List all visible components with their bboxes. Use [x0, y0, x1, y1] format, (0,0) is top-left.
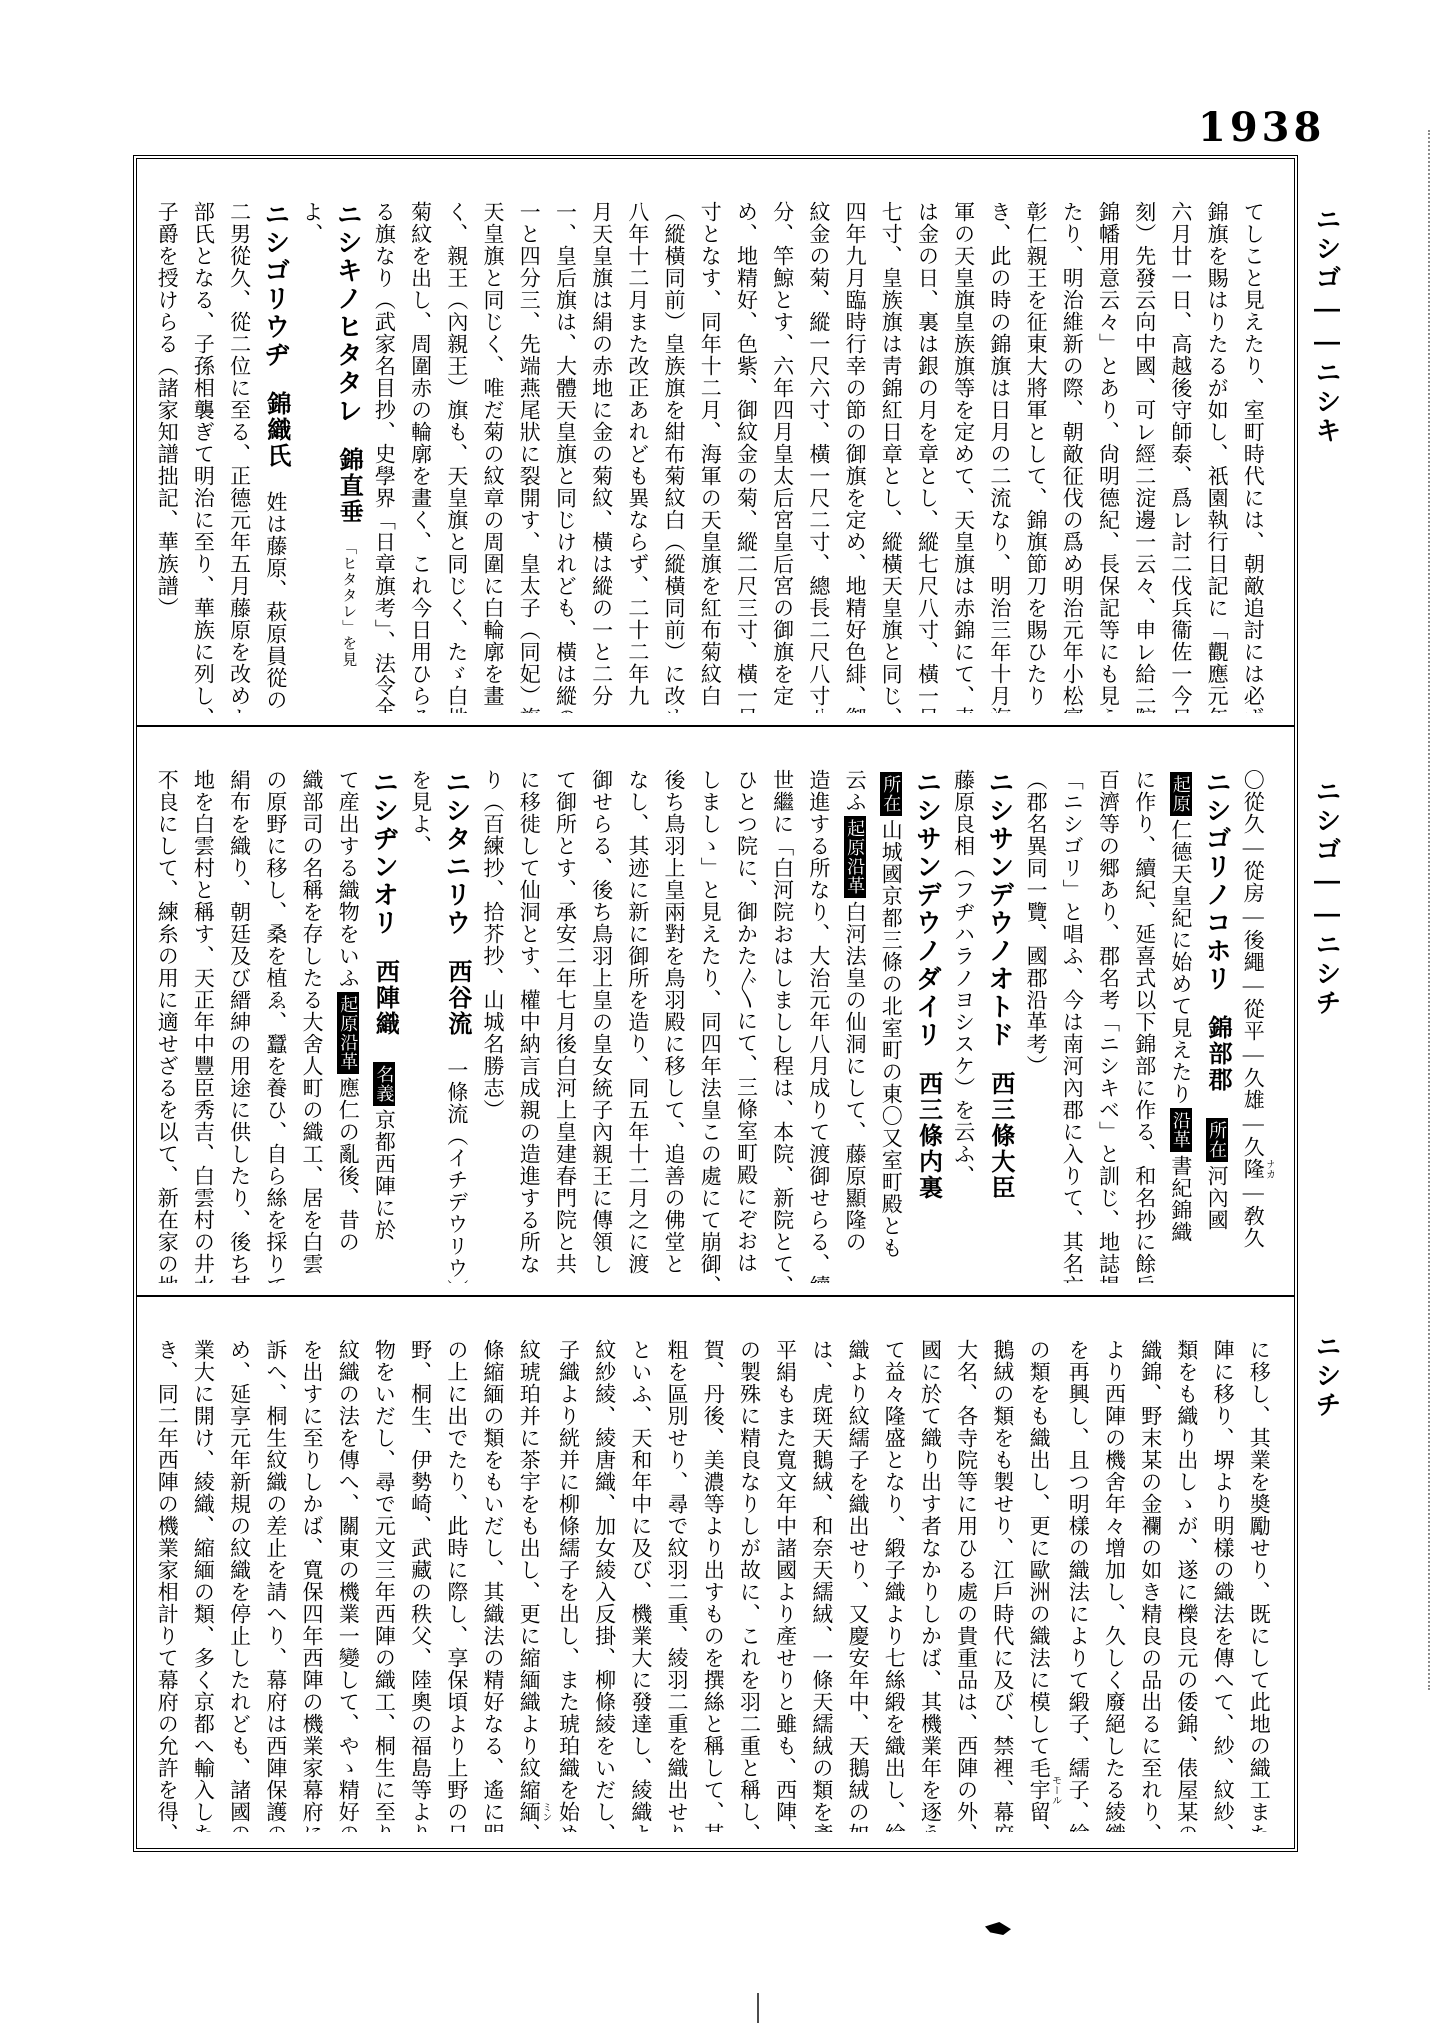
body-text: く、親王（內親王）旗も、天皇旗と同じく、たゞ白地に [445, 201, 469, 713]
body-text: 錦幡用意云々」とあり、尙明德紀、長保記等にも見え [1096, 201, 1120, 713]
text-column: を見よ、 [402, 769, 438, 1283]
body-text: の製殊に精良なりしが故に、これを羽二重と稱し、加 [737, 1339, 761, 1832]
text-column: 訴へ、桐生紋織の差止を請へり、幕府は西陣保護の爲 [258, 1339, 294, 1832]
text-column: てしこと見えたり、室町時代には、朝敵追討には必ず [1235, 201, 1271, 713]
text-column: 織部司の名稱を存したる大舍人町の織工、居を白雲 [294, 769, 330, 1283]
text-column: 陣に移り、堺より明樣の織法を傳へて、紗、紋紗、縮緬 [1205, 1339, 1241, 1832]
text-column: は、虎斑天鵝絨、和奈天繻絨、一條天繻絨の類を產し、 [804, 1339, 840, 1832]
text-column: 紋金の菊、縱一尺六寸、橫一尺二寸、總長二尺八寸八 [801, 201, 837, 713]
text-column: 不良にして、練糸の用に適せざるを以て、新在家の地 [149, 769, 185, 1283]
text-column: を再興し、且つ明樣の織法によりて緞子、繻子、綸子 [1060, 1339, 1096, 1832]
body-text: 平絹もまた寬文年中諸國より產せりと雖も、西陣、堺 [774, 1339, 798, 1832]
body-text: 織錦、野末某の金襴の如き精良の品出るに至れり、之 [1139, 1339, 1163, 1832]
text-column: 「ニシゴリ」と唱ふ、今は南河內郡に入りて、其名亡ぶ [1054, 769, 1090, 1283]
body-text: 一條流（イチデウリウ） [445, 1037, 469, 1283]
ruby-annotated-text: 緬ミン [517, 1801, 541, 1823]
text-column: 紋紗綾、綾唐織、加女綾入反掛、柳條綾をいだし、繻 [586, 1339, 622, 1832]
body-text: て益々隆盛となり、緞子織より七絲緞を織出し、綸子 [882, 1339, 906, 1832]
body-text: は、虎斑天鵝絨、和奈天繻絨、一條天繻絨の類を產し、 [810, 1339, 834, 1832]
body-text [445, 937, 469, 959]
text-column: め、地精好、色紫、御紋金の菊、縱二尺三寸、橫一尺五 [728, 201, 764, 713]
entry-kanji: 西谷流 [444, 959, 470, 1037]
text-column: 錦旗を賜はりたるが如し、祇園執行日記に「觀應元年 [1199, 201, 1235, 713]
body-text: 御せらる、後ち鳥羽上皇の皇女統子內親王に傳領し [590, 769, 614, 1275]
body-text: 紋琥珀并に茶宇をも出し、更に縮緬織より紋縮 [517, 1339, 541, 1801]
body-text: 河內國 [1205, 1165, 1229, 1231]
body-text: の類をも織出し、更に歐洲の織法に模して [1027, 1339, 1051, 1757]
body-text: 山城國京都三條の北室町の東〇又室町殿とも [879, 819, 903, 1259]
text-column: ニシキノヒタタレ 錦直垂 「ヒタタレ」を見 [330, 201, 366, 713]
body-text [988, 1049, 1012, 1071]
column-block: 〇從久―從房―後繩―從平―久雄―久隆ナガ―敎久ニシゴリノコホリ 錦部郡 所在河內… [149, 769, 1274, 1283]
body-text: 仁德天皇紀に始めて見えたり [1169, 819, 1193, 1105]
body-text: 子爵を授けらる（諸家知譜拙記、華族譜） [155, 201, 179, 619]
text-column: 子織より絖并に柳條繻子を出し、また琥珀織を始め、 [550, 1339, 586, 1832]
body-text: 二男從久、從二位に至る、正德元年五月藤原を改めト [228, 201, 252, 713]
text-column: ニシサンデウノダイリ 西三條内裏 [909, 769, 945, 1283]
text-column: め、延享元年新規の紋織を停止したれども、諸國の機 [221, 1339, 257, 1832]
body-text: 不良にして、練糸の用に適せざるを以て、新在家の地 [155, 769, 179, 1283]
body-text: 「ニシゴリ」と唱ふ、今は南河內郡に入りて、其名亡ぶ [1060, 769, 1084, 1283]
text-column: 御せらる、後ち鳥羽上皇の皇女統子內親王に傳領し [583, 769, 619, 1283]
text-column: 刻）先發云向中國、可レ經二淀邊一云々、申レ給二院宣一之上、 [1126, 201, 1162, 713]
ink-smudge [985, 1922, 1011, 1935]
text-column: 月天皇旗は絹の赤地に金の菊紋、橫は縱の一と二分 [583, 201, 619, 713]
text-column: て産出する織物をいふ起原沿革應仁の亂後、昔の [330, 769, 366, 1283]
body-text [915, 1049, 939, 1071]
body-text: め、延享元年新規の紋織を停止したれども、諸國の機 [228, 1339, 252, 1832]
text-column: 絹布を織り、朝廷及び縉紳の用途に供したり、後ち其 [221, 769, 257, 1283]
body-text: め、地精好、色紫、御紋金の菊、縱二尺三寸、橫一尺五 [734, 201, 758, 713]
text-column: しましゝ」と見えたり、同四年法皇この處にて崩御、 [692, 769, 728, 1283]
text-column: の原野に移し、桑を植ゑ、蠶を養ひ、自ら絲を採りて [258, 769, 294, 1283]
ruby-annotated-text: 毛宇留モール [1027, 1757, 1051, 1823]
content-frame: てしこと見えたり、室町時代には、朝敵追討には必ず錦旗を賜はりたるが如し、祇園執行… [133, 155, 1298, 1852]
body-text: 類をも織り出しゝが、遂に櫟良元の倭錦、俵屋某の唐 [1175, 1339, 1199, 1832]
body-text: 大名、各寺院等に用ひる處の貴重品は、西陣の外、他 [955, 1339, 979, 1832]
text-column: 七寸、皇族旗は靑錦紅日章とし、縱橫天皇旗と同じ、 [873, 201, 909, 713]
body-text: 應仁の亂後、昔の [336, 1077, 360, 1253]
body-text: 紋紗綾、綾唐織、加女綾入反掛、柳條綾をいだし、繻 [593, 1339, 617, 1832]
body-text: 一、皇后旗は、大體天皇旗と同じけれども、橫は縱の [553, 201, 577, 713]
body-text: 粗を區別せり、尋で紋羽二重、綾羽二重を織出せり [665, 1339, 689, 1832]
body-text: に作り、續紀、延喜式以下錦部に作る、和名抄に餘戶、 [1133, 769, 1157, 1283]
text-column: き、此の時の錦旗は日月の二流なり、明治三年十月海 [982, 201, 1018, 713]
text-column: 起原仁德天皇紀に始めて見えたり沿革書紀錦織 [1163, 769, 1199, 1283]
body-text: 月天皇旗は絹の赤地に金の菊紋、橫は縱の一と二分 [590, 201, 614, 707]
text-column: 造進する所なり、大治元年八月成りて渡御せらる、續 [801, 769, 837, 1283]
text-column: の上に出でたり、此時に際し、享保頃より上野の日 [439, 1339, 475, 1832]
text-column: 鵝絨の類をも製せり、江戶時代に及び、禁裡、幕府、諸 [985, 1339, 1021, 1832]
body-text: 陣に移り、堺より明樣の織法を傳へて、紗、紋紗、縮緬 [1211, 1339, 1235, 1832]
text-column: 錦幡用意云々」とあり、尙明德紀、長保記等にも見え [1090, 201, 1126, 713]
dictionary-section-top: てしこと見えたり、室町時代には、朝敵追討には必ず錦旗を賜はりたるが如し、祇園執行… [137, 159, 1294, 727]
text-column: （縱橫同前）皇族旗を紺布菊紋白（縱橫同前）に改め、 [656, 201, 692, 713]
body-text: 四年九月臨時行幸の節の御旗を定め、地精好色緋、御 [843, 201, 867, 713]
text-column: 寸となす、同年十二月、海軍の天皇旗を紅布菊紋白 [692, 201, 728, 713]
text-column: よ、 [294, 201, 330, 713]
body-text: 云ふ [843, 769, 867, 813]
body-text: 七寸、皇族旗は靑錦紅日章とし、縱橫天皇旗と同じ、 [879, 201, 903, 713]
body-text: 織部司の名稱を存したる大舍人町の織工、居を白雲 [300, 769, 324, 1275]
text-column: 物をいだし、尋で元文三年西陣の織工、桐生に至りて [366, 1339, 402, 1832]
text-column: 四年九月臨時行幸の節の御旗を定め、地精好色緋、御 [837, 201, 873, 713]
body-text: てしこと見えたり、室町時代には、朝敵追討には必ず [1241, 201, 1265, 713]
body-text: 造進する所なり、大治元年八月成りて渡御せらる、續 [807, 769, 831, 1283]
entry-headword: ニシサンデウノオトド [985, 769, 1015, 1049]
body-text: 地を白雲村と稱す、天正年中豐臣秀吉、白雲村の井水 [191, 769, 215, 1283]
text-column: を出すに至りしかば、寬保四年西陣の機業家幕府に [294, 1339, 330, 1832]
body-text: き、同二年西陣の機業家相計りて幕府の允許を得、松 [155, 1339, 179, 1832]
entry-headword: ニシヂンオリ [369, 769, 399, 937]
page-number: 1938 [1198, 104, 1325, 151]
body-text: 藤原良相（フヂハラノヨシスケ）を云ふ、 [952, 769, 976, 1187]
body-text: て御所とす、承安二年七月後白河上皇建春門院と共 [553, 769, 577, 1275]
text-column: ひとつ院に、御かた〲にて、三條室町殿にぞおは [728, 769, 764, 1283]
body-text: き、此の時の錦旗は日月の二流なり、明治三年十月海 [988, 201, 1012, 713]
scan-artifact-line [1428, 130, 1430, 1690]
text-column: に移徙して仙洞とす、權中納言成親の造進する所な [511, 769, 547, 1283]
body-text: なし、其迹に新に御所を造り、同五年十二月之に渡 [626, 769, 650, 1275]
body-text: 菊紋を出し、周圍赤の輪廓を畫く、これ今日用ひらる [409, 201, 433, 713]
body-text [336, 525, 360, 547]
ink-tick-mark [757, 1993, 759, 2023]
body-text: 寸となす、同年十二月、海軍の天皇旗を紅布菊紋白 [698, 201, 722, 707]
text-column: に作り、續紀、延喜式以下錦部に作る、和名抄に餘戶、 [1126, 769, 1162, 1283]
body-text: 野、桐生、伊勢崎、武藏の秩父、陸奧の福島等より絹織 [409, 1339, 433, 1832]
text-column: 地を白雲村と稱す、天正年中豐臣秀吉、白雲村の井水 [185, 769, 221, 1283]
text-column: 織錦、野末某の金襴の如き精良の品出るに至れり、之 [1132, 1339, 1168, 1832]
entry-kanji: 西三條内裏 [914, 1071, 940, 1201]
body-text: 天皇旗と同じく、唯だ菊の紋章の周圍に白輪廓を畫 [481, 201, 505, 707]
text-column: 條縮緬の類をもいだし、其織法の精好なる、遙に明樣 [475, 1339, 511, 1832]
text-column: 八年十二月また改正あれども異ならず、二十二年九 [620, 201, 656, 713]
text-column: 分、竿鯨とす、六年四月皇太后宮皇后宮の御旗を定 [764, 201, 800, 713]
body-text: ―敎久 [1241, 1180, 1265, 1249]
text-column: 天皇旗と同じく、唯だ菊の紋章の周圍に白輪廓を畫 [475, 201, 511, 713]
body-text: は金の日、裏は銀の月を章とし、縱七尺八寸、橫一尺 [915, 201, 939, 713]
text-column: 彰仁親王を征東大將軍として、錦旗節刀を賜ひたり [1018, 201, 1054, 713]
body-text: 訴へ、桐生紋織の差止を請へり、幕府は西陣保護の爲 [264, 1339, 288, 1832]
body-text: 京都西陣に於 [372, 1109, 396, 1241]
text-column: 軍の天皇旗皇族旗等を定めて、天皇旗は赤錦にて、表 [945, 201, 981, 713]
text-column: 織より紋繻子を織出せり、又慶安年中、天鵝絨の如き [840, 1339, 876, 1832]
text-column: ニシヂンオリ 西陣織 名義京都西陣に於 [366, 769, 402, 1283]
text-column: の類をも織出し、更に歐洲の織法に模して毛宇留モール、天 [1021, 1339, 1060, 1832]
text-column: 類をも織り出しゝが、遂に櫟良元の倭錦、俵屋某の唐 [1169, 1339, 1205, 1832]
text-column: ニシゴリウヂ 錦織氏 姓は藤原、萩原員從の [258, 201, 294, 713]
dictionary-section-middle: 〇從久―從房―後繩―從平―久雄―久隆ナガ―敎久ニシゴリノコホリ 錦部郡 所在河內… [137, 727, 1294, 1297]
body-text: 彰仁親王を征東大將軍として、錦旗節刀を賜ひたり [1024, 201, 1048, 707]
field-label: 所在 [1206, 1118, 1228, 1162]
running-head-middle: ニシゴ――ニシチ [1306, 778, 1346, 1018]
text-column: （郡名異同一覽、國郡沿革考） [1018, 769, 1054, 1283]
text-column: といふ、天和年中に及び、機業大に發達し、綾織より [623, 1339, 659, 1832]
body-text: 紋金の菊、縱一尺六寸、橫一尺二寸、總長二尺八寸八 [807, 201, 831, 713]
text-column: ニシサンデウノオトド 西三條大臣 [982, 769, 1018, 1283]
column-block: てしこと見えたり、室町時代には、朝敵追討には必ず錦旗を賜はりたるが如し、祇園執行… [149, 201, 1271, 713]
text-column: ニシゴリノコホリ 錦部郡 所在河內國 [1199, 769, 1235, 1283]
body-text: て産出する織物をいふ [336, 769, 360, 989]
field-label: 起原沿革 [844, 816, 866, 898]
entry-headword: ニシゴリノコホリ [1202, 769, 1232, 993]
body-text: よ、 [300, 201, 324, 245]
text-column: 後ち鳥羽上皇兩對を鳥羽殿に移して、追善の佛堂と [656, 769, 692, 1283]
body-text: 八年十二月また改正あれども異ならず、二十二年九 [626, 201, 650, 707]
text-column: 平絹もまた寬文年中諸國より產せりと雖も、西陣、堺 [767, 1339, 803, 1832]
body-text: 軍の天皇旗皇族旗等を定めて、天皇旗は赤錦にて、表 [952, 201, 976, 713]
body-text: 賀、丹後、美濃等より出すものを撰絲と稱して、其精 [701, 1339, 725, 1832]
body-text: に移し、其業を奬勵せり、既にして此地の織工また西 [1247, 1339, 1271, 1832]
text-column: き、同二年西陣の機業家相計りて幕府の允許を得、松 [149, 1339, 185, 1832]
text-column: て益々隆盛となり、緞子織より七絲緞を織出し、綸子 [876, 1339, 912, 1832]
field-label: 起原沿革 [337, 992, 359, 1074]
text-column: 子爵を授けらる（諸家知譜拙記、華族譜） [149, 201, 185, 713]
text-column: 六月廿一日、高越後守師泰、爲レ討二伐兵衞佐一今日（丑 [1163, 201, 1199, 713]
text-column: 國に於て織り出す者なかりしかば、其機業年を逐う [912, 1339, 948, 1832]
entry-kanji: 錦織氏 [263, 391, 289, 469]
text-column: は金の日、裏は銀の月を章とし、縱七尺八寸、橫一尺 [909, 201, 945, 713]
body-text: の上に出でたり、此時に際し、享保頃より上野の日 [445, 1339, 469, 1832]
body-text: 〇從久―從房―後繩―從平―久雄―久 [1241, 769, 1265, 1158]
body-text: より西陣の機舍年々增加し、久しく廢絕したる綾織 [1102, 1339, 1126, 1832]
body-text [1205, 1093, 1229, 1115]
text-column: 紋織の法を傳へ、關東の機業一變して、やゝ精好の者 [330, 1339, 366, 1832]
text-column: に移し、其業を奬勵せり、既にして此地の織工また西 [1241, 1339, 1277, 1832]
body-text: 絹布を織り、朝廷及び縉紳の用途に供したり、後ち其 [228, 769, 252, 1283]
body-text: の原野に移し、桑を植ゑ、蠶を養ひ、自ら絲を採りて [264, 769, 288, 1283]
body-text [264, 369, 288, 391]
entry-headword: ニシゴリウヂ [261, 201, 291, 369]
body-text: 白河法皇の仙洞にして、藤原顯隆の [843, 901, 867, 1253]
text-column: く、親王（內親王）旗も、天皇旗と同じく、たゞ白地に [439, 201, 475, 713]
entry-headword: ニシタニリウ [442, 769, 472, 937]
text-column: 世繼に「白河院おはしましし程は、本院、新院とて、 [764, 769, 800, 1283]
text-column: 賀、丹後、美濃等より出すものを撰絲と稱して、其精 [695, 1339, 731, 1832]
body-text: 後ち鳥羽上皇兩對を鳥羽殿に移して、追善の佛堂と [662, 769, 686, 1275]
body-text: 織より紋繻子を織出せり、又慶安年中、天鵝絨の如き [846, 1339, 870, 1832]
body-text: 六月廿一日、高越後守師泰、爲レ討二伐兵衞佐一今日（丑 [1169, 201, 1193, 713]
text-column: 百濟等の郷あり、郡名考「ニシキベ」と訓じ、地誌提要 [1090, 769, 1126, 1283]
entry-headword: ニシサンデウノダイリ [912, 769, 942, 1049]
body-text: 姓は藤原、萩原員從の [264, 469, 288, 711]
field-label: 沿革 [1170, 1108, 1192, 1152]
body-text [1205, 993, 1229, 1015]
field-label: 所在 [880, 772, 902, 816]
body-text: を出すに至りしかば、寬保四年西陣の機業家幕府に [300, 1339, 324, 1832]
text-column: 所在山城國京都三條の北室町の東〇又室町殿とも [873, 769, 909, 1283]
ruby-annotated-text: 隆ナガ [1241, 1158, 1265, 1180]
text-column: 藤原良相（フヂハラノヨシスケ）を云ふ、 [945, 769, 981, 1283]
body-text [336, 425, 360, 447]
text-column: より西陣の機舍年々增加し、久しく廢絕したる綾織 [1096, 1339, 1132, 1832]
body-text: 分、竿鯨とす、六年四月皇太后宮皇后宮の御旗を定 [771, 201, 795, 707]
dictionary-section-bottom: に移し、其業を奬勵せり、既にして此地の織工また西陣に移り、堺より明樣の織法を傳へ… [137, 1297, 1294, 1844]
entry-kanji: 錦直垂 [335, 447, 361, 525]
body-text: 一と四分三、先端燕尾狀に裂開す、皇太子（同妃）旗は [517, 201, 541, 713]
text-column: 大名、各寺院等に用ひる處の貴重品は、西陣の外、他 [948, 1339, 984, 1832]
body-text: り（百練抄、拾芥抄、山城名勝志） [481, 769, 505, 1121]
body-text: 業大に開け、綾織、縮緬の類、多く京都へ輸入したり [191, 1339, 215, 1832]
text-column: 粗を區別せり、尋で紋羽二重、綾羽二重を織出せり [659, 1339, 695, 1832]
text-column: 菊紋を出し、周圍赤の輪廓を畫く、これ今日用ひらる [402, 201, 438, 713]
text-column: なし、其迹に新に御所を造り、同五年十二月之に渡 [620, 769, 656, 1283]
text-column: 二男從久、從二位に至る、正德元年五月藤原を改めト [221, 201, 257, 713]
body-text: といふ、天和年中に及び、機業大に發達し、綾織より [629, 1339, 653, 1832]
body-text: 、天 [1027, 1823, 1051, 1832]
body-text: 錦旗を賜はりたるが如し、祇園執行日記に「觀應元年 [1205, 201, 1229, 713]
running-head-top: ニシゴ――ニシキ [1306, 206, 1346, 446]
entry-kanji: 錦部郡 [1204, 1015, 1230, 1093]
text-column: ニシタニリウ 西谷流 一條流（イチデウリウ） [439, 769, 475, 1283]
text-column: る旗なり（武家名目抄、史學界「日章旗考」、法令全書） [366, 201, 402, 713]
text-column: り（百練抄、拾芥抄、山城名勝志） [475, 769, 511, 1283]
body-text: 刻）先發云向中國、可レ經二淀邊一云々、申レ給二院宣一之上、 [1133, 201, 1157, 713]
body-text: （縱橫同前）皇族旗を紺布菊紋白（縱橫同前）に改め、 [662, 201, 686, 713]
entry-headword: ニシキノヒタタレ [333, 201, 363, 425]
body-text: （郡名異同一覽、國郡沿革考） [1024, 769, 1048, 1077]
body-text: しましゝ」と見えたり、同四年法皇この處にて崩御、 [698, 769, 722, 1283]
body-text: る旗なり（武家名目抄、史學界「日章旗考」、法令全書） [372, 201, 396, 713]
text-column: 部氏となる、子孫相襲ぎて明治に至り、華族に列し、 [185, 201, 221, 713]
body-text: を再興し、且つ明樣の織法によりて緞子、繻子、綸子 [1066, 1339, 1090, 1832]
body-text: 物をいだし、尋で元文三年西陣の織工、桐生に至りて [372, 1339, 396, 1832]
scanned-page: { "page_number": "1938", "running_heads"… [0, 0, 1440, 2023]
body-text: 書紀錦織 [1169, 1155, 1193, 1243]
body-text: たり、明治維新の際、朝敵征伐の爲め明治元年小松宮 [1060, 201, 1084, 713]
body-text: 部氏となる、子孫相襲ぎて明治に至り、華族に列し、 [191, 201, 215, 713]
body-text: ひとつ院に、御かた〲にて、三條室町殿にぞおは [734, 769, 758, 1274]
text-column: たり、明治維新の際、朝敵征伐の爲め明治元年小松宮 [1054, 201, 1090, 713]
body-text [372, 1037, 396, 1059]
text-column: て御所とす、承安二年七月後白河上皇建春門院と共 [547, 769, 583, 1283]
field-label: 名義 [373, 1062, 395, 1106]
text-column: の製殊に精良なりしが故に、これを羽二重と稱し、加 [731, 1339, 767, 1832]
column-block: に移し、其業を奬勵せり、既にして此地の織工また西陣に移り、堺より明樣の織法を傳へ… [149, 1339, 1277, 1832]
body-text: 百濟等の郷あり、郡名考「ニシキベ」と訓じ、地誌提要 [1096, 769, 1120, 1283]
entry-kanji: 西三條大臣 [987, 1071, 1013, 1201]
body-text: に移徙して仙洞とす、權中納言成親の造進する所な [517, 769, 541, 1275]
text-column: 一、皇后旗は、大體天皇旗と同じけれども、橫は縱の [547, 201, 583, 713]
body-text: 條縮緬の類をもいだし、其織法の精好なる、遙に明樣 [481, 1339, 505, 1832]
body-text: 國に於て織り出す者なかりしかば、其機業年を逐う [918, 1339, 942, 1832]
body-text: 子織より絖并に柳條繻子を出し、また琥珀織を始め、 [556, 1339, 580, 1832]
body-text: 世繼に「白河院おはしましし程は、本院、新院とて、 [771, 769, 795, 1283]
body-text: を見よ、 [409, 769, 433, 857]
body-text: 、柳 [517, 1823, 541, 1832]
text-column: 〇從久―從房―後繩―從平―久雄―久隆ナガ―敎久 [1235, 769, 1274, 1283]
text-column: 一と四分三、先端燕尾狀に裂開す、皇太子（同妃）旗は [511, 201, 547, 713]
entry-kanji: 西陣織 [371, 959, 397, 1037]
text-column: 業大に開け、綾織、縮緬の類、多く京都へ輸入したり [185, 1339, 221, 1832]
text-column: 云ふ起原沿革白河法皇の仙洞にして、藤原顯隆の [837, 769, 873, 1283]
field-label: 起原 [1170, 772, 1192, 816]
text-column: 野、桐生、伊勢崎、武藏の秩父、陸奧の福島等より絹織 [402, 1339, 438, 1832]
text-column: 紋琥珀并に茶宇をも出し、更に縮緬織より紋縮緬ミン、柳 [511, 1339, 550, 1832]
note-text: 「ヒタタレ」を見 [340, 547, 356, 668]
body-text: 紋織の法を傳へ、關東の機業一變して、やゝ精好の者 [336, 1339, 360, 1832]
running-head-bottom: ニシチ [1306, 1333, 1346, 1420]
body-text [372, 937, 396, 959]
body-text: 鵝絨の類をも製せり、江戶時代に及び、禁裡、幕府、諸 [991, 1339, 1015, 1832]
